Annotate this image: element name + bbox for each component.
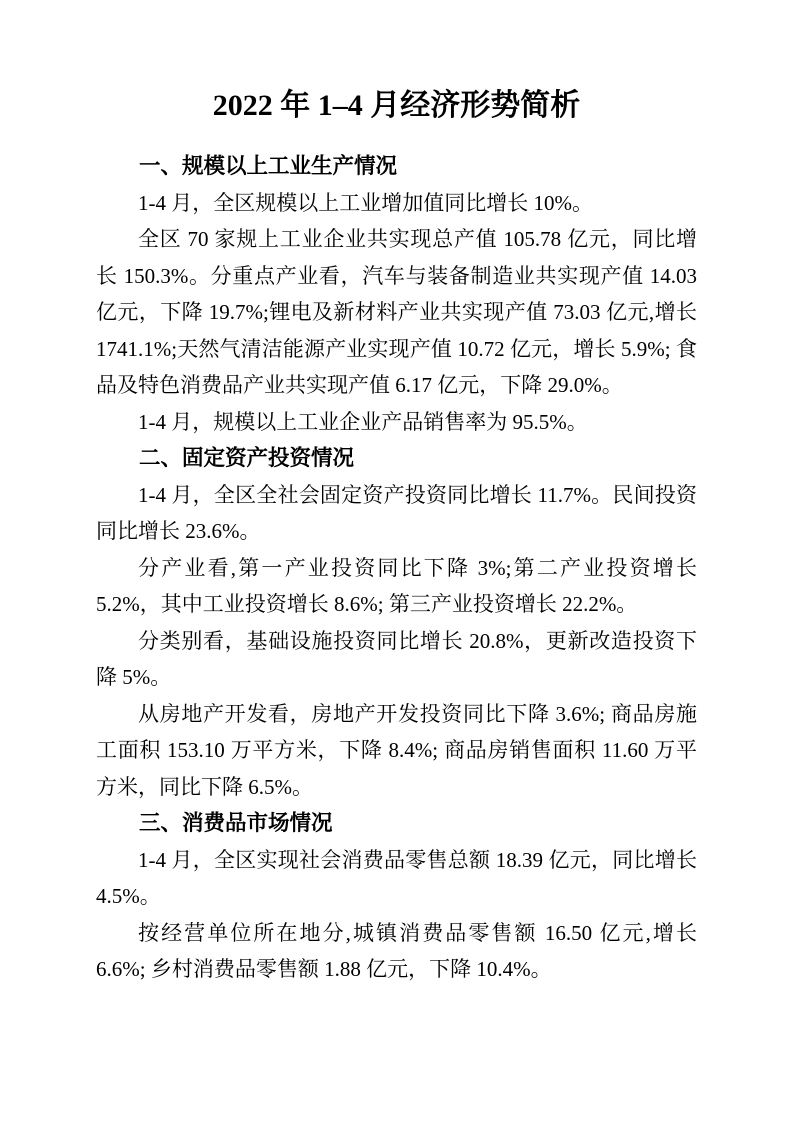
paragraph-investment-by-category: 分类别看，基础设施投资同比增长 20.8%，更新改造投资下降 5%。 (96, 623, 697, 696)
paragraph-investment-by-industry: 分产业看,第一产业投资同比下降 3%;第二产业投资增长 5.2%，其中工业投资增… (96, 550, 697, 623)
paragraph-retail-by-location: 按经营单位所在地分,城镇消费品零售额 16.50 亿元,增长 6.6%; 乡村消… (96, 915, 697, 988)
section-3-heading: 三、消费品市场情况 (96, 805, 697, 842)
paragraph-industrial-output: 全区 70 家规上工业企业共实现总产值 105.78 亿元，同比增长 150.3… (96, 221, 697, 404)
section-fixed-asset-investment: 二、固定资产投资情况 1-4 月，全区全社会固定资产投资同比增长 11.7%。民… (96, 440, 697, 805)
document-title: 2022 年 1–4 月经济形势简析 (96, 84, 697, 128)
section-consumer-market: 三、消费品市场情况 1-4 月，全区实现社会消费品零售总额 18.39 亿元，同… (96, 805, 697, 988)
paragraph-sales-rate: 1-4 月，规模以上工业企业产品销售率为 95.5%。 (96, 404, 697, 441)
section-industrial-production: 一、规模以上工业生产情况 1-4 月，全区规模以上工业增加值同比增长 10%。 … (96, 148, 697, 440)
document-page: 2022 年 1–4 月经济形势简析 一、规模以上工业生产情况 1-4 月，全区… (0, 0, 793, 1122)
paragraph-real-estate: 从房地产开发看，房地产开发投资同比下降 3.6%; 商品房施工面积 153.10… (96, 696, 697, 806)
section-2-heading: 二、固定资产投资情况 (96, 440, 697, 477)
section-1-heading: 一、规模以上工业生产情况 (96, 148, 697, 185)
paragraph-investment-growth: 1-4 月，全区全社会固定资产投资同比增长 11.7%。民间投资同比增长 23.… (96, 477, 697, 550)
paragraph-industrial-value-added: 1-4 月，全区规模以上工业增加值同比增长 10%。 (96, 185, 697, 222)
paragraph-retail-total: 1-4 月，全区实现社会消费品零售总额 18.39 亿元，同比增长 4.5%。 (96, 842, 697, 915)
